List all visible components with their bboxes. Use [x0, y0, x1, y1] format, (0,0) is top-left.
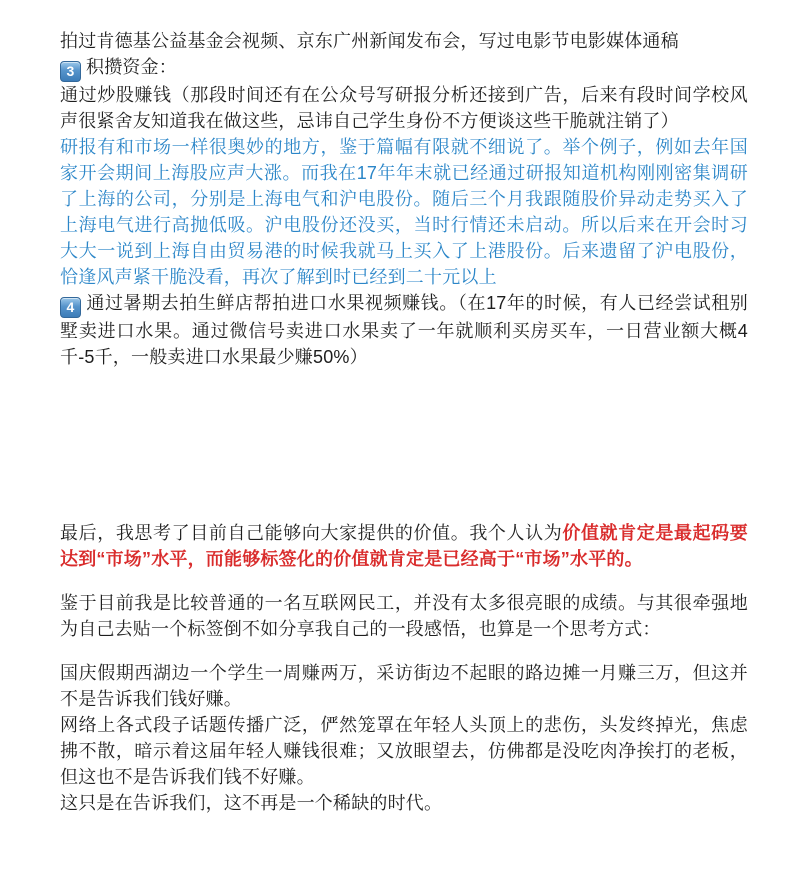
reflection-paragraph: 鉴于目前我是比较普通的一名互联网民工，并没有太多很亮眼的成绩。与其很牵强地为自己…: [60, 590, 748, 642]
intro-text: 拍过肯德基公益基金会视频、京东广州新闻发布会，写过电影节电影媒体通稿: [60, 28, 748, 54]
section4-body: 通过暑期去拍生鲜店帮拍进口水果视频赚钱。（在17年的时候，有人已经尝试租别墅卖进…: [60, 293, 748, 367]
internet-moods-paragraph: 网络上各式段子话题传播广泛，俨然笼罩在年轻人头顶上的悲伤，头发终掉光，焦虑拂不散…: [60, 712, 748, 790]
section3-heading-line: 3积攒资金：: [60, 54, 748, 82]
section4-line: 4通过暑期去拍生鲜店帮拍进口水果视频赚钱。（在17年的时候，有人已经尝试租别墅卖…: [60, 290, 748, 370]
blank-gap: [60, 370, 748, 520]
section3-research-note: 研报有和市场一样很奥妙的地方，鉴于篇幅有限就不细说了。举个例子，例如去年国家开会…: [60, 134, 748, 290]
keycap-3-icon: 3: [60, 61, 81, 82]
value-lead-text: 最后，我思考了目前自己能够向大家提供的价值。我个人认为: [60, 523, 562, 543]
article-page: 拍过肯德基公益基金会视频、京东广州新闻发布会，写过电影节电影媒体通稿 3积攒资金…: [0, 0, 800, 816]
examples-paragraph: 国庆假期西湖边一个学生一周赚两万，采访街边不起眼的路边摊一月赚三万，但这并不是告…: [60, 660, 748, 712]
section3-body: 通过炒股赚钱（那段时间还有在公众号写研报分析还接到广告，后来有段时间学校风声很紧…: [60, 82, 748, 134]
section3-title: 积攒资金：: [86, 57, 177, 77]
keycap-4-icon: 4: [60, 297, 81, 318]
closing-paragraph: 这只是在告诉我们，这不再是一个稀缺的时代。: [60, 790, 748, 816]
value-paragraph: 最后，我思考了目前自己能够向大家提供的价值。我个人认为价值就肯定是最起码要达到“…: [60, 520, 748, 572]
